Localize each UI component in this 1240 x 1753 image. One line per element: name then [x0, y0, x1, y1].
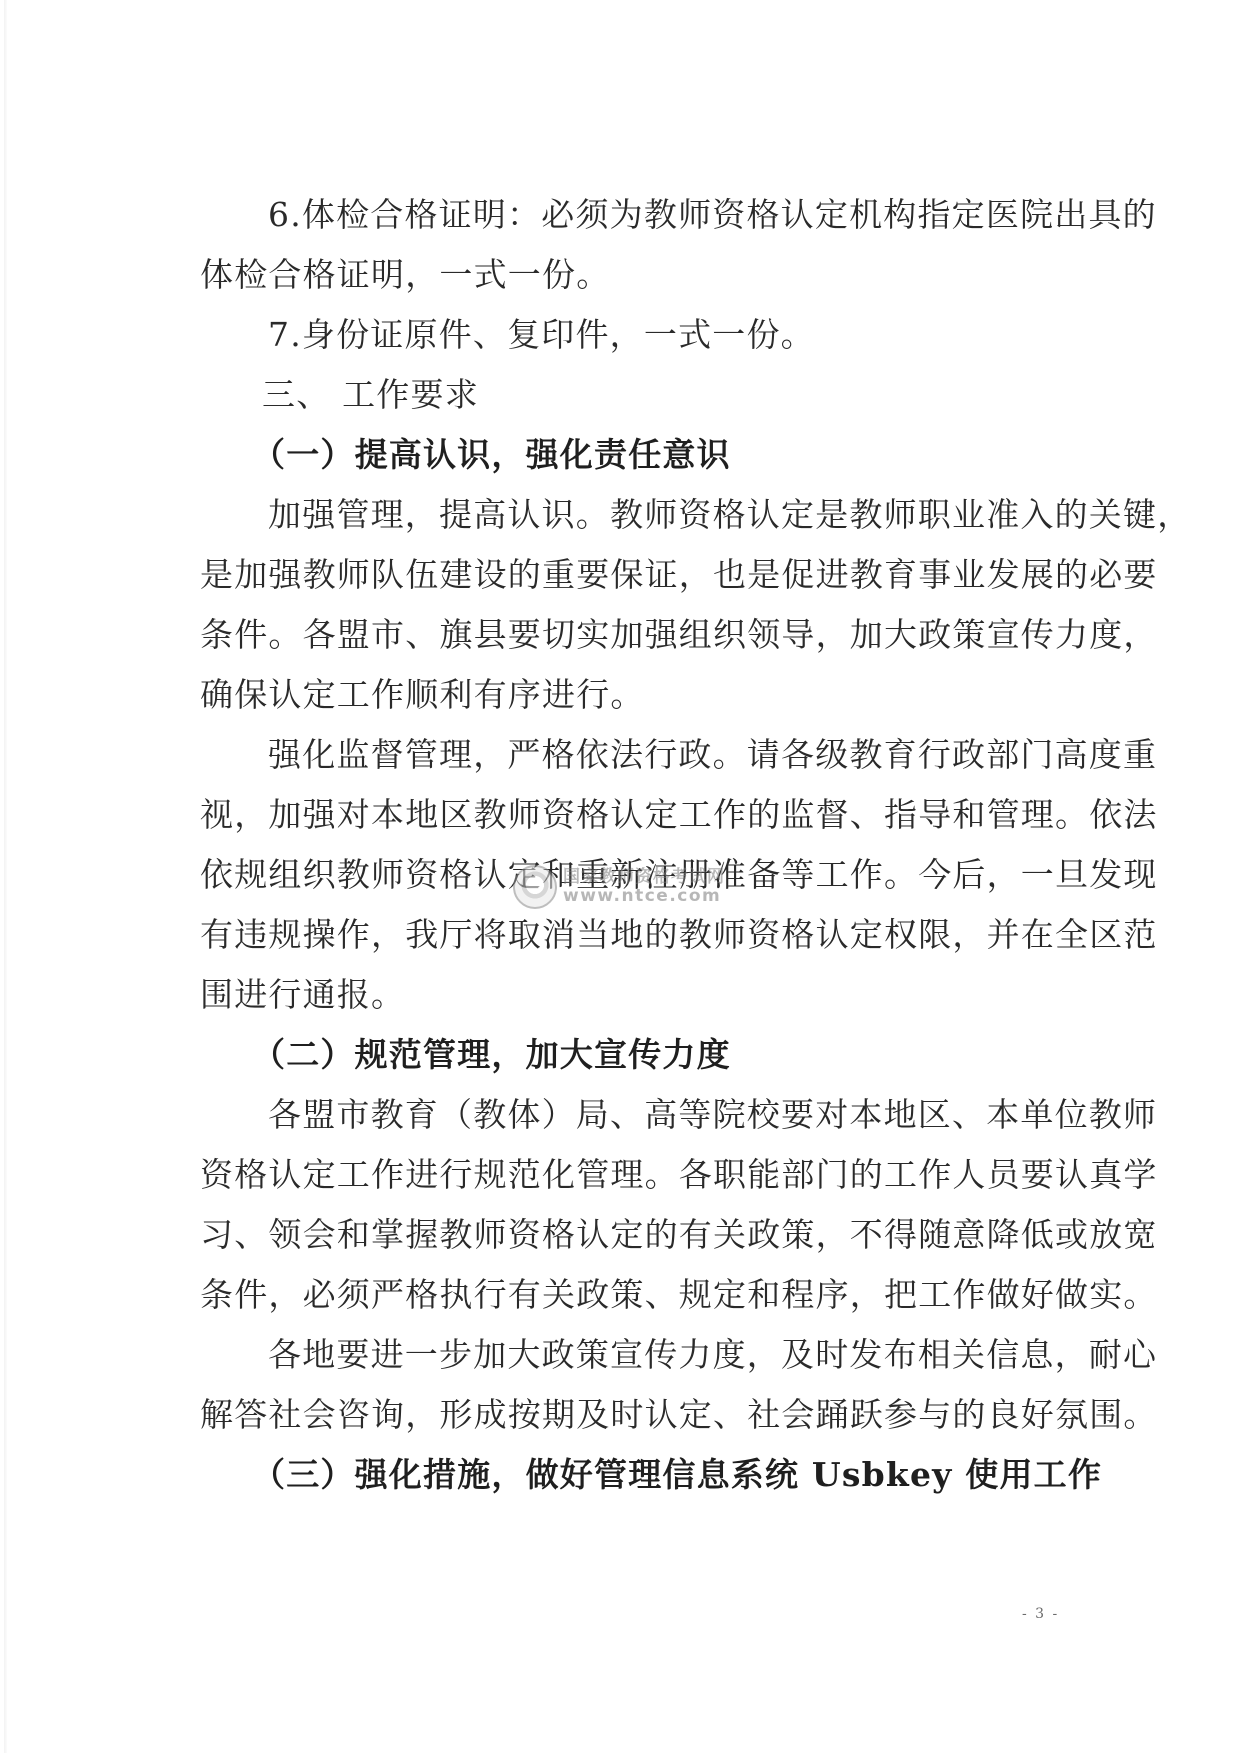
document-body: 6.体检合格证明：必须为教师资格认定机构指定医院出具的 体检合格证明，一式一份。…: [200, 185, 1060, 1505]
list-item-medical-certificate: 6.体检合格证明：必须为教师资格认定机构指定医院出具的: [200, 185, 1060, 245]
list-item-id-card: 7.身份证原件、复印件，一式一份。: [200, 305, 1060, 365]
paragraph-line: 加强管理，提高认识。教师资格认定是教师职业准入的关键，: [200, 485, 1060, 545]
paragraph-line: 解答社会咨询，形成按期及时认定、社会踊跃参与的良好氛围。: [200, 1385, 1060, 1445]
paragraph-line: 条件，必须严格执行有关政策、规定和程序，把工作做好做实。: [200, 1265, 1060, 1325]
paragraph-line: 视，加强对本地区教师资格认定工作的监督、指导和管理。依法: [200, 785, 1060, 845]
scan-edge-shadow: [4, 0, 7, 1753]
paragraph-line: 习、领会和掌握教师资格认定的有关政策，不得随意降低或放宽: [200, 1205, 1060, 1265]
paragraph-line: 确保认定工作顺利有序进行。: [200, 665, 1060, 725]
paragraph-line: 资格认定工作进行规范化管理。各职能部门的工作人员要认真学: [200, 1145, 1060, 1205]
page-number: - 3 -: [1022, 1606, 1059, 1622]
paragraph-line: 强化监督管理，严格依法行政。请各级教育行政部门高度重: [200, 725, 1060, 785]
paragraph-line: 是加强教师队伍建设的重要保证，也是促进教育事业发展的必要: [200, 545, 1060, 605]
paragraph-line: 条件。各盟市、旗县要切实加强组织领导，加大政策宣传力度，: [200, 605, 1060, 665]
paragraph-line: 有违规操作，我厅将取消当地的教师资格认定权限，并在全区范: [200, 905, 1060, 965]
paragraph-line: 各盟市教育（教体）局、高等院校要对本地区、本单位教师: [200, 1085, 1060, 1145]
section-heading-work-requirements: 三、 工作要求: [200, 365, 1060, 425]
list-item-medical-certificate-cont: 体检合格证明，一式一份。: [200, 245, 1060, 305]
paragraph-line: 围进行通报。: [200, 965, 1060, 1025]
subsection-heading-1: （一）提高认识，强化责任意识: [200, 425, 1060, 485]
paragraph-line: 依规组织教师资格认定和重新注册准备等工作。今后，一旦发现: [200, 845, 1060, 905]
subsection-heading-3: （三）强化措施，做好管理信息系统 Usbkey 使用工作: [200, 1445, 1060, 1505]
subsection-heading-2: （二）规范管理，加大宣传力度: [200, 1025, 1060, 1085]
paragraph-line: 各地要进一步加大政策宣传力度，及时发布相关信息，耐心: [200, 1325, 1060, 1385]
